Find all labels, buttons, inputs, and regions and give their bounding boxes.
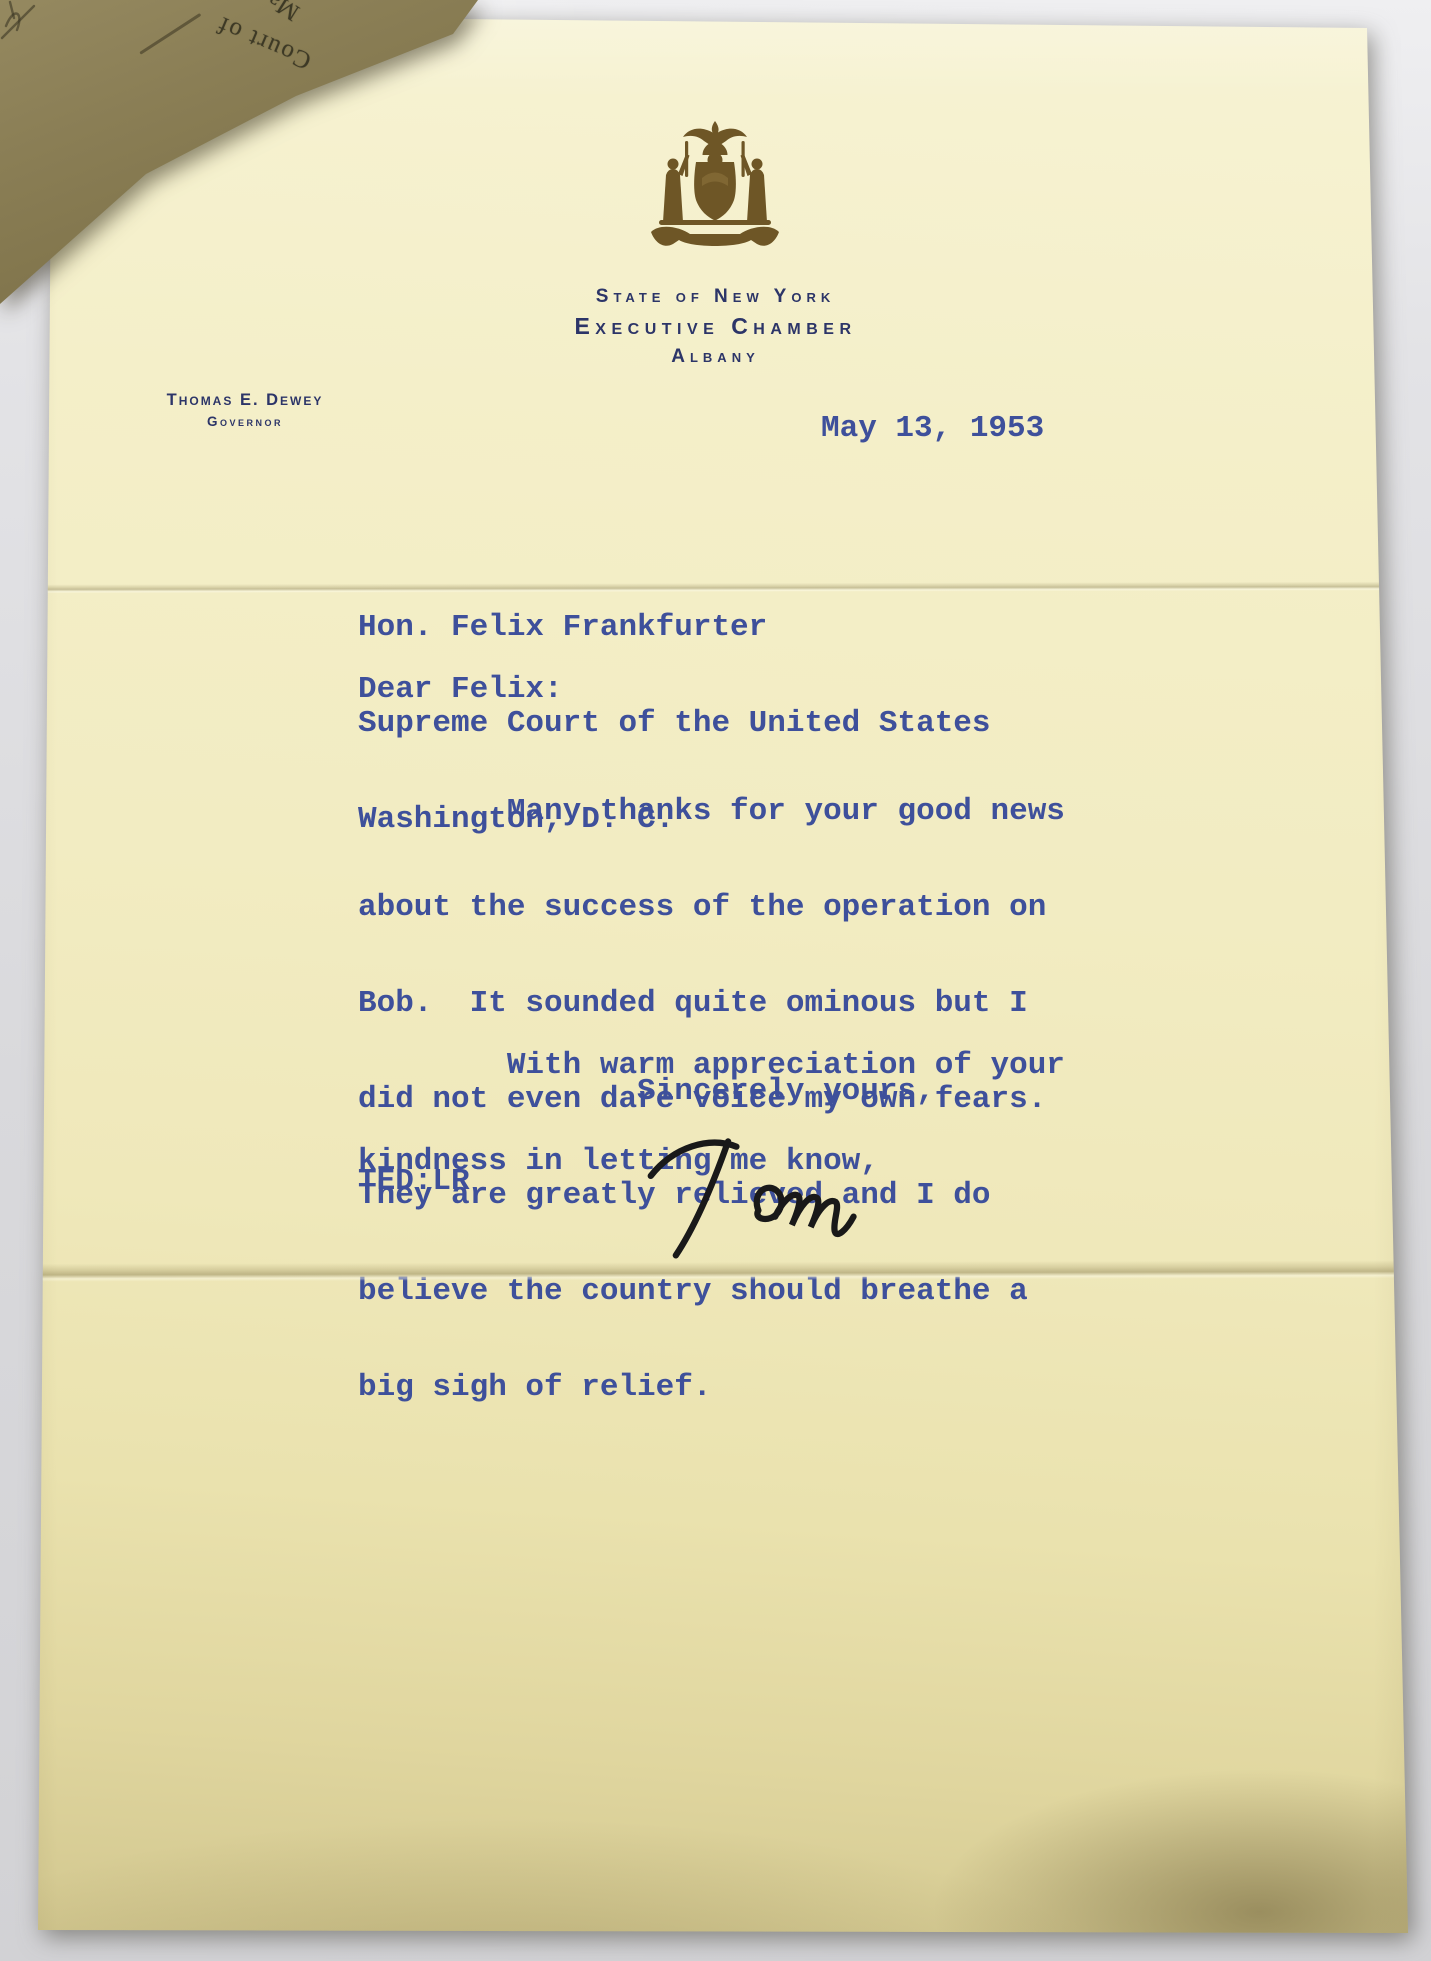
letterhead-office: Executive Chamber — [0, 314, 1431, 339]
letter-paper-shadow: State of New York Executive Chamber Alba… — [0, 0, 1431, 1961]
letterhead-title: Governor — [136, 414, 354, 429]
letterhead-state: State of New York — [0, 286, 1431, 307]
letter-date: May 13, 1953 — [821, 413, 1044, 445]
address-line: Hon. Felix Frankfurter — [358, 612, 991, 644]
body-line: about the success of the operation on — [358, 892, 1065, 924]
closing: Sincerely yours, — [358, 1076, 935, 1108]
letterhead-sender-block: Thomas E. Dewey Governor — [136, 391, 354, 429]
body-line: big sigh of relief. — [358, 1372, 1065, 1404]
letter-paper: State of New York Executive Chamber Alba… — [0, 0, 1431, 1961]
body-line: believe the country should breathe a — [358, 1276, 1065, 1308]
new-york-coat-of-arms-icon — [640, 116, 790, 274]
letterhead-center: State of New York Executive Chamber Alba… — [0, 286, 1431, 367]
salutation: Dear Felix: — [358, 674, 563, 706]
typist-initials: TED:LR — [358, 1166, 470, 1198]
body-line: Many thanks for your good news — [358, 796, 1065, 828]
letterhead-name: Thomas E. Dewey — [136, 391, 354, 410]
signature-handwriting — [634, 1126, 864, 1276]
letterhead-city: Albany — [0, 346, 1431, 367]
photo-surface: State of New York Executive Chamber Alba… — [0, 0, 1431, 1961]
